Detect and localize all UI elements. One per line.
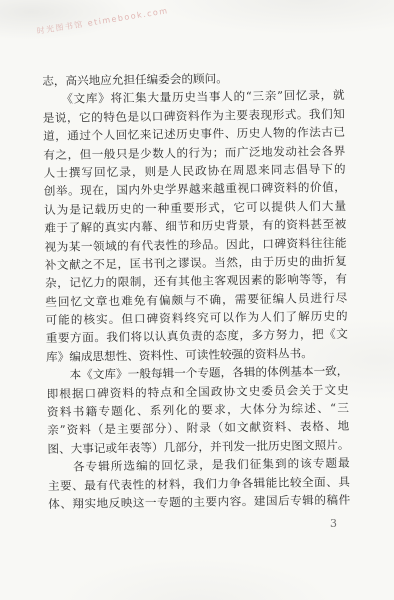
text-line: 体、翔实地反映这一专题的主要内容。建国后专辑的稿件 <box>48 491 350 514</box>
scanned-book-page: 时光图书馆 etimebook.com 志，高兴地应允担任编委会的顾问。 《文库… <box>0 0 394 600</box>
body-text: 志，高兴地应允担任编委会的顾问。 《文库》将汇集大量历史当事人的“三亲”回忆录，… <box>42 68 350 514</box>
library-watermark: 时光图书馆 etimebook.com <box>36 5 169 37</box>
page-number: 3 <box>330 517 337 530</box>
